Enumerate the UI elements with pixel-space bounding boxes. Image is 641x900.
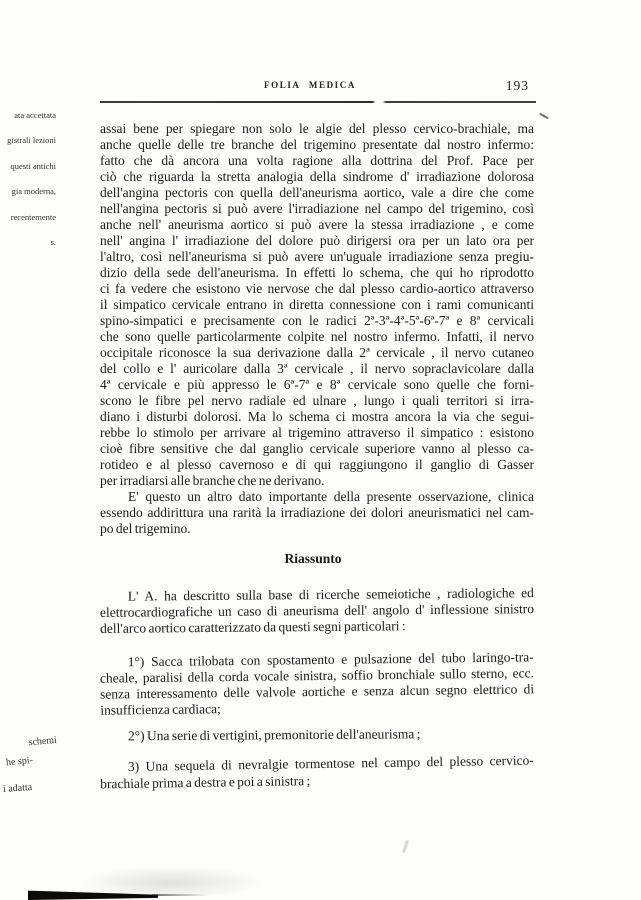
journal-title: FOLIA MEDICA [100, 80, 534, 90]
text-line: 4ª cervicale e più appresso le 6ª-7ª e 8… [100, 377, 534, 393]
text-line: dell'arco aortico caratterizzato da ques… [100, 617, 534, 637]
text-line: s. [0, 230, 56, 255]
page-number: 193 [506, 78, 529, 94]
text-line: per irradiarsi alle branche che ne deriv… [100, 473, 534, 489]
text-line: po del trigemino. [100, 521, 534, 537]
text-line: i adatta [2, 777, 60, 799]
article-text-column: assai bene per spiegare non solo le algi… [100, 121, 534, 789]
text-line: essendo addirittura una rarità la irradi… [100, 505, 534, 521]
text-line: il simpatico cervicale entrano in dirett… [100, 297, 534, 313]
text-line: rotideo e al plesso cavernoso e di qui r… [100, 457, 534, 473]
summary-intro-paragraph: L' A. ha descritto sulla base di ricerch… [100, 585, 534, 637]
text-line: E' questo un altro dato importante della… [100, 489, 534, 505]
text-line: scono le fibre pel nervo radiale ed ulna… [100, 393, 534, 409]
text-line: nell' angina l' irradiazione del dolore … [100, 233, 534, 249]
text-line: dizio della sede dell'aneurisma. In effe… [100, 265, 534, 281]
text-line: fatto che dà ancora una volta ragione al… [100, 153, 534, 169]
facing-page-text-fragments-top: ata accettatagistrali lezioniquesti anti… [0, 103, 56, 255]
summary-item-2: 2°) Una serie di vertigini, premonitorie… [100, 725, 534, 744]
text-line: nell'angina pectoris si può avere l'irra… [100, 201, 534, 217]
scan-shadow-smudge [78, 866, 263, 894]
text-line: ata accettata [0, 103, 56, 128]
text-line: ciò che riguarda la stretta analogia del… [100, 169, 534, 185]
text-line: che sono quelle particolarmente colpite … [100, 329, 534, 345]
text-line: dell'angina pectoris con quella dell'ane… [100, 185, 534, 201]
text-line: diano i disturbi dolorosi. Ma lo schema … [100, 409, 534, 425]
text-line: anche quelle delle tre branche del trige… [100, 137, 534, 153]
facing-page-text-fragments-bottom: schemihe spi-i adatta [2, 734, 60, 797]
text-line: assai bene per spiegare non solo le algi… [100, 121, 534, 137]
text-line: spino-simpatici e precisamente con le ra… [100, 313, 534, 329]
text-line: he spi- [5, 750, 60, 773]
text-line: ci fa vedere che esistono vie nervose ch… [100, 281, 534, 297]
scan-smudge-mark [402, 840, 409, 853]
text-line: del collo e l' auricolare dalla 3ª cervi… [100, 361, 534, 377]
text-line: questi antichi [0, 154, 56, 179]
text-line: gia moderna, [0, 179, 56, 204]
summary-item-3: 3) Una sequela di nevralgie tormentose n… [100, 752, 534, 793]
running-header: FOLIA MEDICA 193 [100, 80, 534, 98]
header-rule [100, 101, 536, 103]
section-heading-riassunto: Riassunto [100, 551, 534, 567]
paragraph-observation: E' questo un altro dato importante della… [100, 489, 534, 537]
summary-item-1: 1°) Sacca trilobata con spostamento e pu… [100, 649, 535, 718]
text-line: cioè fibre sensitive che dal ganglio cer… [100, 441, 534, 457]
ink-mark-icon [539, 113, 549, 119]
scanned-journal-page: ata accettatagistrali lezioniquesti anti… [0, 0, 641, 900]
scan-edge-wedge-tail [152, 894, 210, 896]
text-line: 2°) Una serie di vertigini, premonitorie… [100, 725, 534, 744]
text-line: recentemente [0, 205, 56, 230]
text-line: gistrali lezioni [0, 128, 56, 153]
text-line: rebbe lo stimolo per arrivare al trigemi… [100, 425, 534, 441]
text-line: anche nell' aneurisma aortico si può ave… [100, 217, 534, 233]
text-line: occipitale riconosce la sua derivazione … [100, 345, 534, 361]
text-line: l'altro, così nell'aneurisma si può aver… [100, 249, 534, 265]
paragraph-continuation: assai bene per spiegare non solo le algi… [100, 121, 534, 489]
